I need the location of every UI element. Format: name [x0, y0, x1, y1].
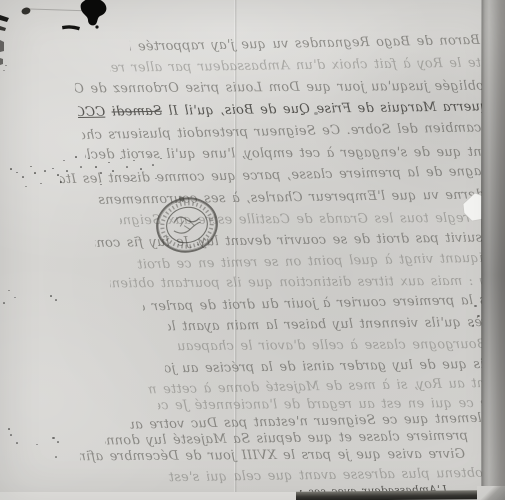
- bottom-right-corner: [477, 486, 505, 500]
- manuscript-line: la Bourgogne classe à celle d'avoir le c…: [173, 337, 505, 357]
- ink-blot-cluster: [0, 0, 180, 90]
- ink-blot-large: [81, 0, 107, 25]
- bottom-paper-edge: [0, 492, 298, 500]
- ink-blot-small: [21, 7, 31, 16]
- page-edge-strip: [482, 0, 505, 500]
- manuscript-line: Le Baron de Bago Regnandes vu que j'ay r…: [130, 32, 503, 57]
- manuscript-line: luy : mais aux titres distinction que il…: [110, 274, 500, 295]
- manuscript-scan: Le Baron de Bago Regnandes vu que j'ay r…: [0, 0, 505, 500]
- bottom-shadow-band: [296, 490, 480, 500]
- manuscript-line: lors la premiere courier à jouir du droi…: [143, 293, 505, 318]
- manuscript-line: avant que de s'engager à cet employ, l'u…: [85, 145, 505, 166]
- ink-dash: [62, 25, 80, 30]
- manuscript-line: pagne de la premiere classe, parce que c…: [60, 164, 490, 190]
- manuscript-line: Givre avise que je pars le XVIII jour de…: [80, 447, 465, 468]
- manuscript-line: Esquerra Marquis de Frise Que de Bois, q…: [78, 99, 505, 123]
- manuscript-line: le cambien del Sobre. Ce Seigneur preten…: [82, 120, 500, 146]
- round-ink-library-stamp: [150, 194, 224, 260]
- manuscript-line: après qu'ils viennent luy baiser la main…: [168, 315, 505, 338]
